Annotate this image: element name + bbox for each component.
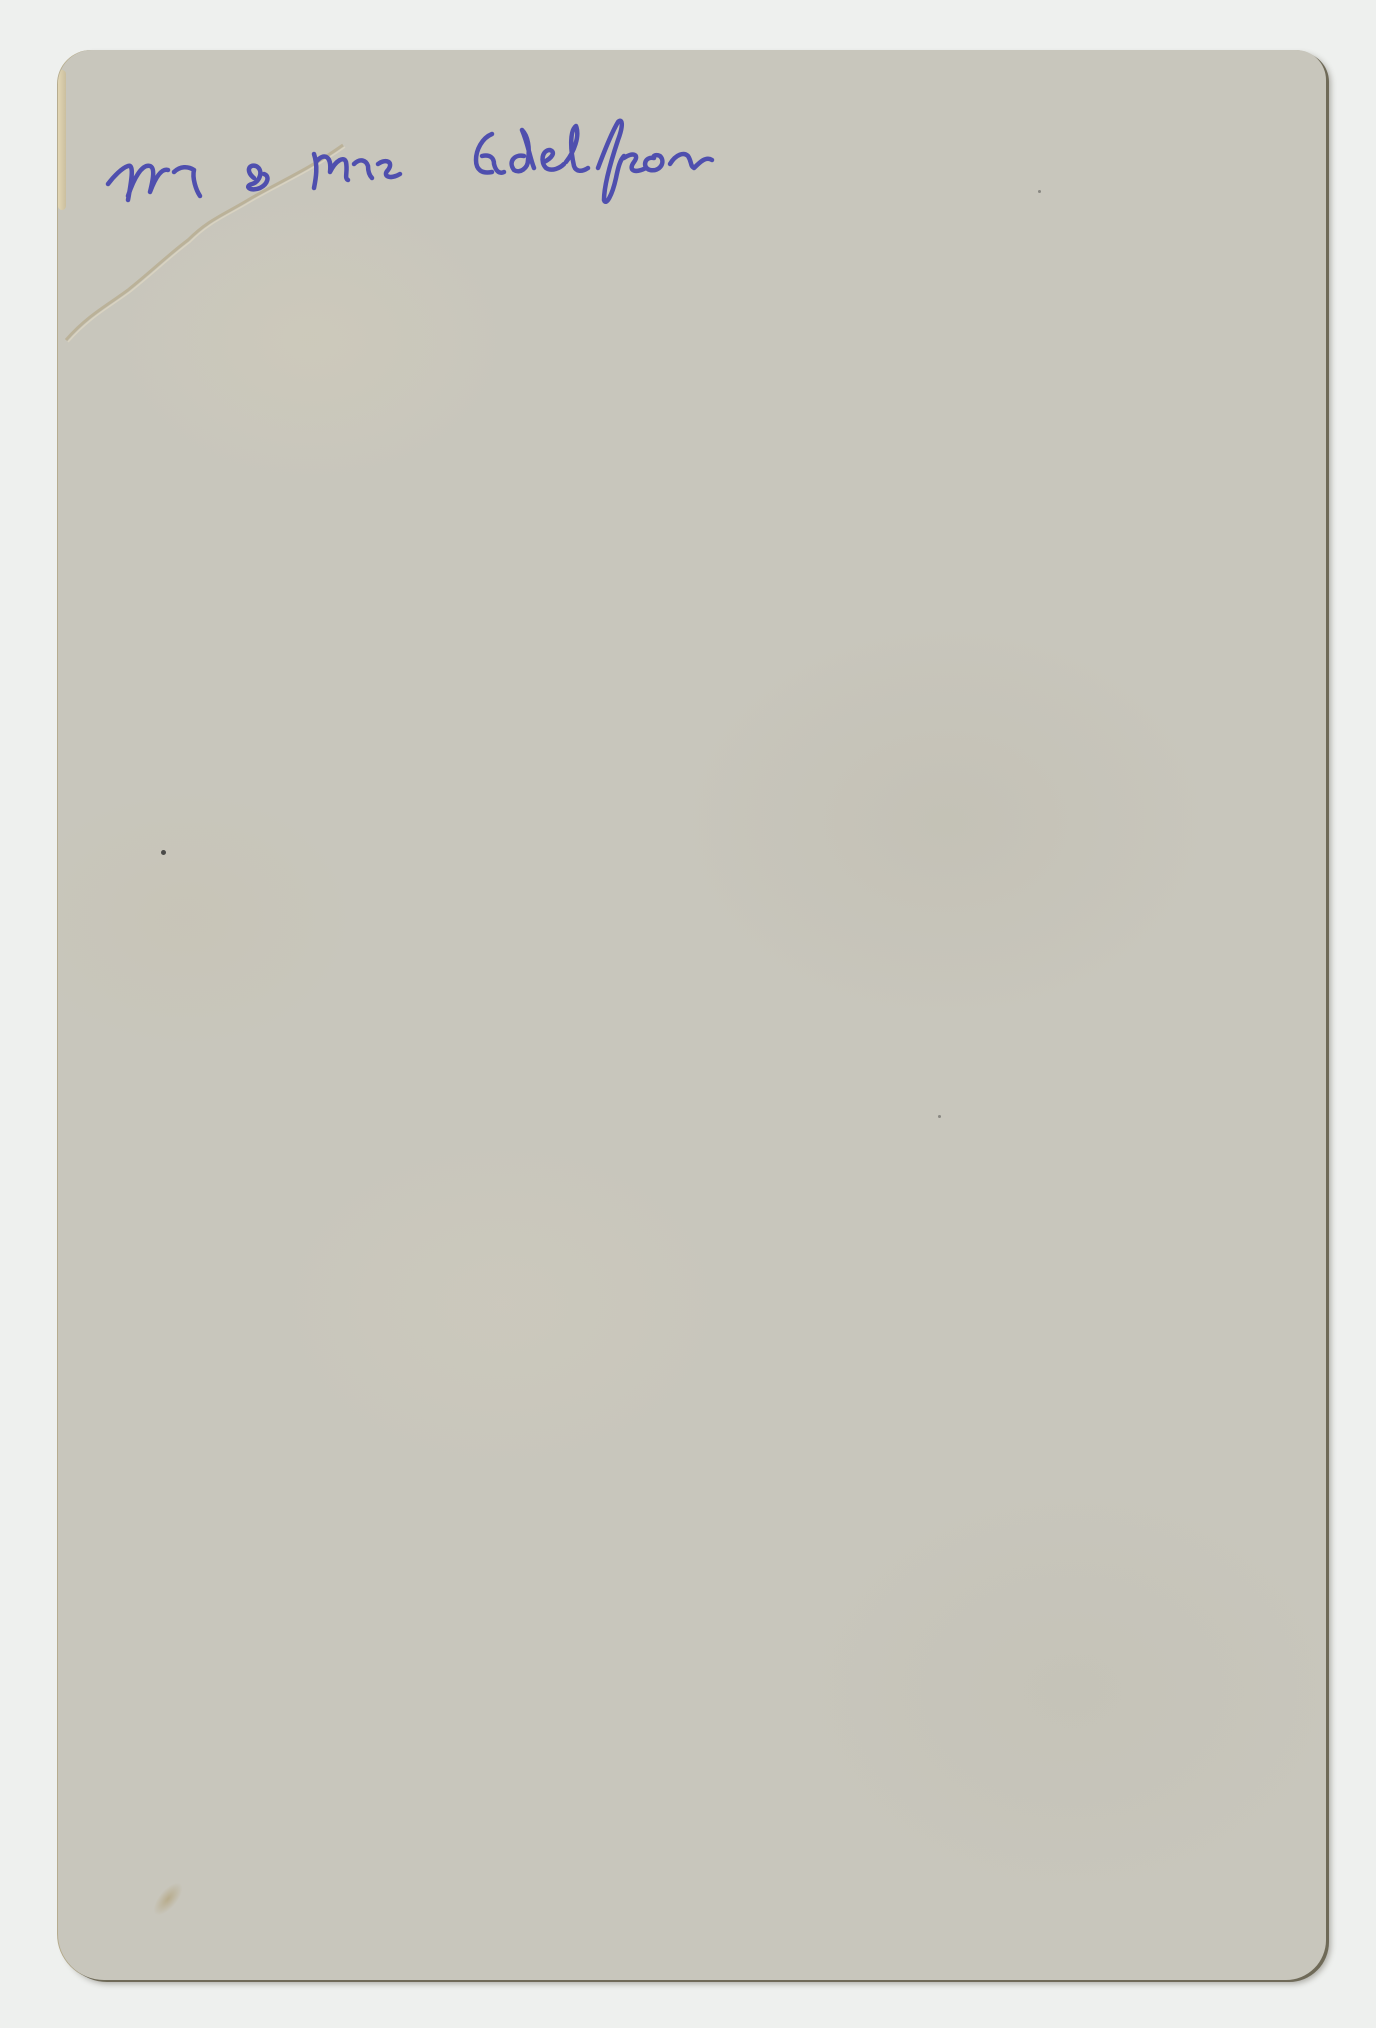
photo-card-back: Mr & Mrs Adelfson bbox=[58, 50, 1326, 1980]
speck-mark bbox=[938, 1115, 941, 1118]
stain-mark bbox=[148, 1878, 188, 1920]
handwritten-caption bbox=[104, 96, 884, 206]
speck-mark bbox=[161, 850, 166, 855]
speck-mark bbox=[1038, 190, 1041, 193]
